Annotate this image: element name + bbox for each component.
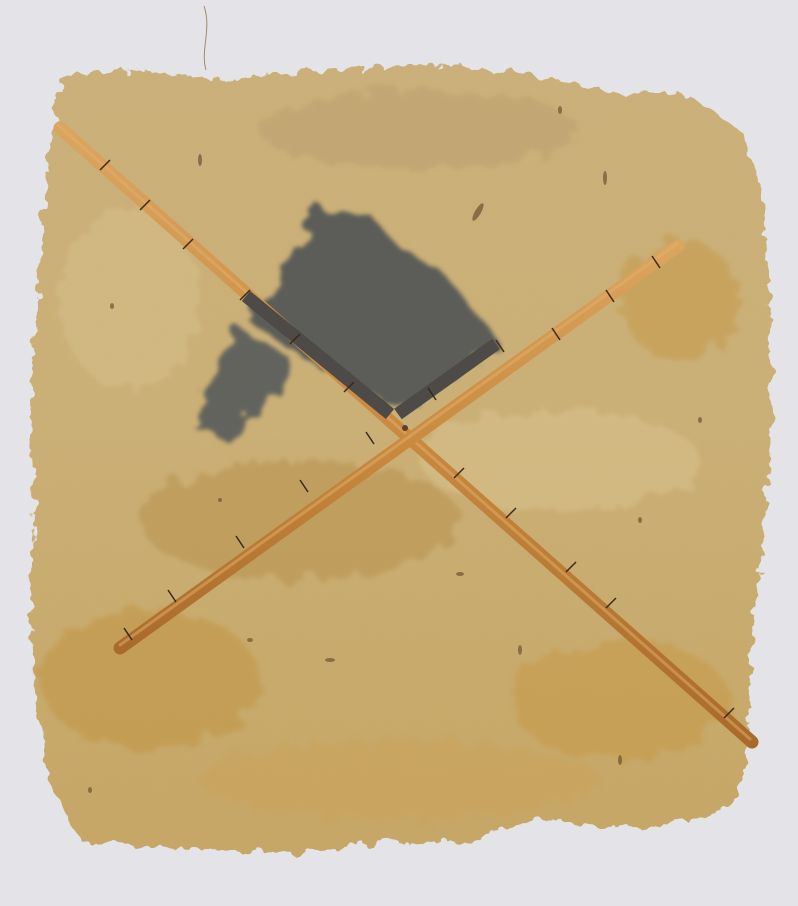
artwork-photo bbox=[0, 0, 798, 906]
crossing-nail bbox=[402, 425, 408, 431]
artwork-canvas bbox=[0, 0, 798, 906]
stray-fiber bbox=[204, 6, 207, 70]
